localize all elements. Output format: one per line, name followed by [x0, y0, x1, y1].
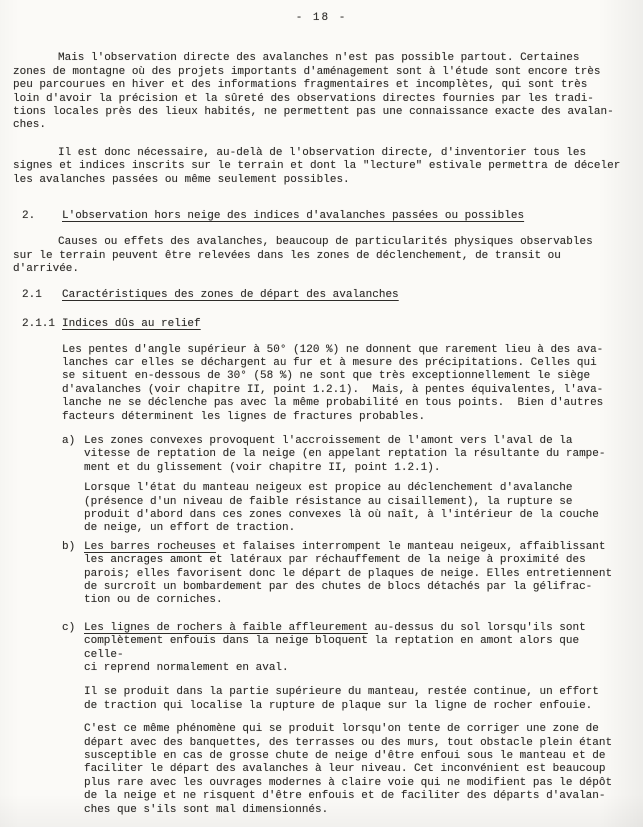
item-body: Les lignes de rochers à faible affleurem… — [84, 622, 625, 817]
section-number: 2.1.1 — [22, 318, 55, 331]
section-number: 2. — [22, 210, 35, 223]
item-subparagraph-meme-phenomene: C'est ce même phénomène qui se produit l… — [84, 723, 625, 817]
section-title: L'observation hors neige des indices d'a… — [62, 210, 524, 222]
page-number: - 18 - — [0, 0, 643, 25]
paragraph-causes-effets: Causes ou effets des avalanches, beaucou… — [13, 236, 625, 276]
section-heading-2-1-1: 2.1.1 Indices dûs au relief — [0, 318, 625, 331]
item-marker: b) — [62, 541, 84, 608]
paragraph-observation-directe: Mais l'observation directe des avalanche… — [13, 52, 625, 132]
list-item-b: b) Les barres rocheuses et falaises inte… — [62, 541, 625, 608]
item-body: Les zones convexes provoquent l'accroiss… — [84, 435, 625, 536]
item-marker: a) — [62, 435, 84, 536]
item-text-lignes-rochers: Les lignes de rochers à faible affleurem… — [84, 622, 625, 676]
section-number: 2.1 — [22, 289, 42, 302]
item-text-barres-rocheuses: Les barres rocheuses et falaises interro… — [84, 541, 625, 608]
paragraph-inventorier: Il est donc nécessaire, au-delà de l'obs… — [13, 147, 625, 187]
item-subparagraph-manteau-neigeux: Lorsque l'état du manteau neigeux est pr… — [84, 482, 625, 536]
underlined-phrase: Les barres rocheuses — [84, 541, 216, 553]
section-title: Indices dûs au relief — [62, 318, 201, 330]
item-text-zones-convexes: Les zones convexes provoquent l'accroiss… — [84, 435, 625, 475]
underlined-phrase: Les lignes de rochers à faible affleurem… — [84, 622, 368, 634]
section-title: Caractéristiques des zones de départ des… — [62, 289, 399, 301]
list-item-a: a) Les zones convexes provoquent l'accro… — [62, 435, 625, 536]
item-body: Les barres rocheuses et falaises interro… — [84, 541, 625, 608]
list-item-c: c) Les lignes de rochers à faible affleu… — [62, 622, 625, 817]
section-heading-2: 2. L'observation hors neige des indices … — [0, 210, 625, 223]
paragraph-pentes-angle: Les pentes d'angle supérieur à 50° (120 … — [62, 344, 619, 424]
section-heading-2-1: 2.1 Caractéristiques des zones de départ… — [0, 289, 625, 302]
item-subparagraph-effort-traction: Il se produit dans la partie supérieure … — [84, 686, 625, 713]
item-marker: c) — [62, 622, 84, 817]
document-page: - 18 - Mais l'observation directe des av… — [0, 0, 643, 827]
